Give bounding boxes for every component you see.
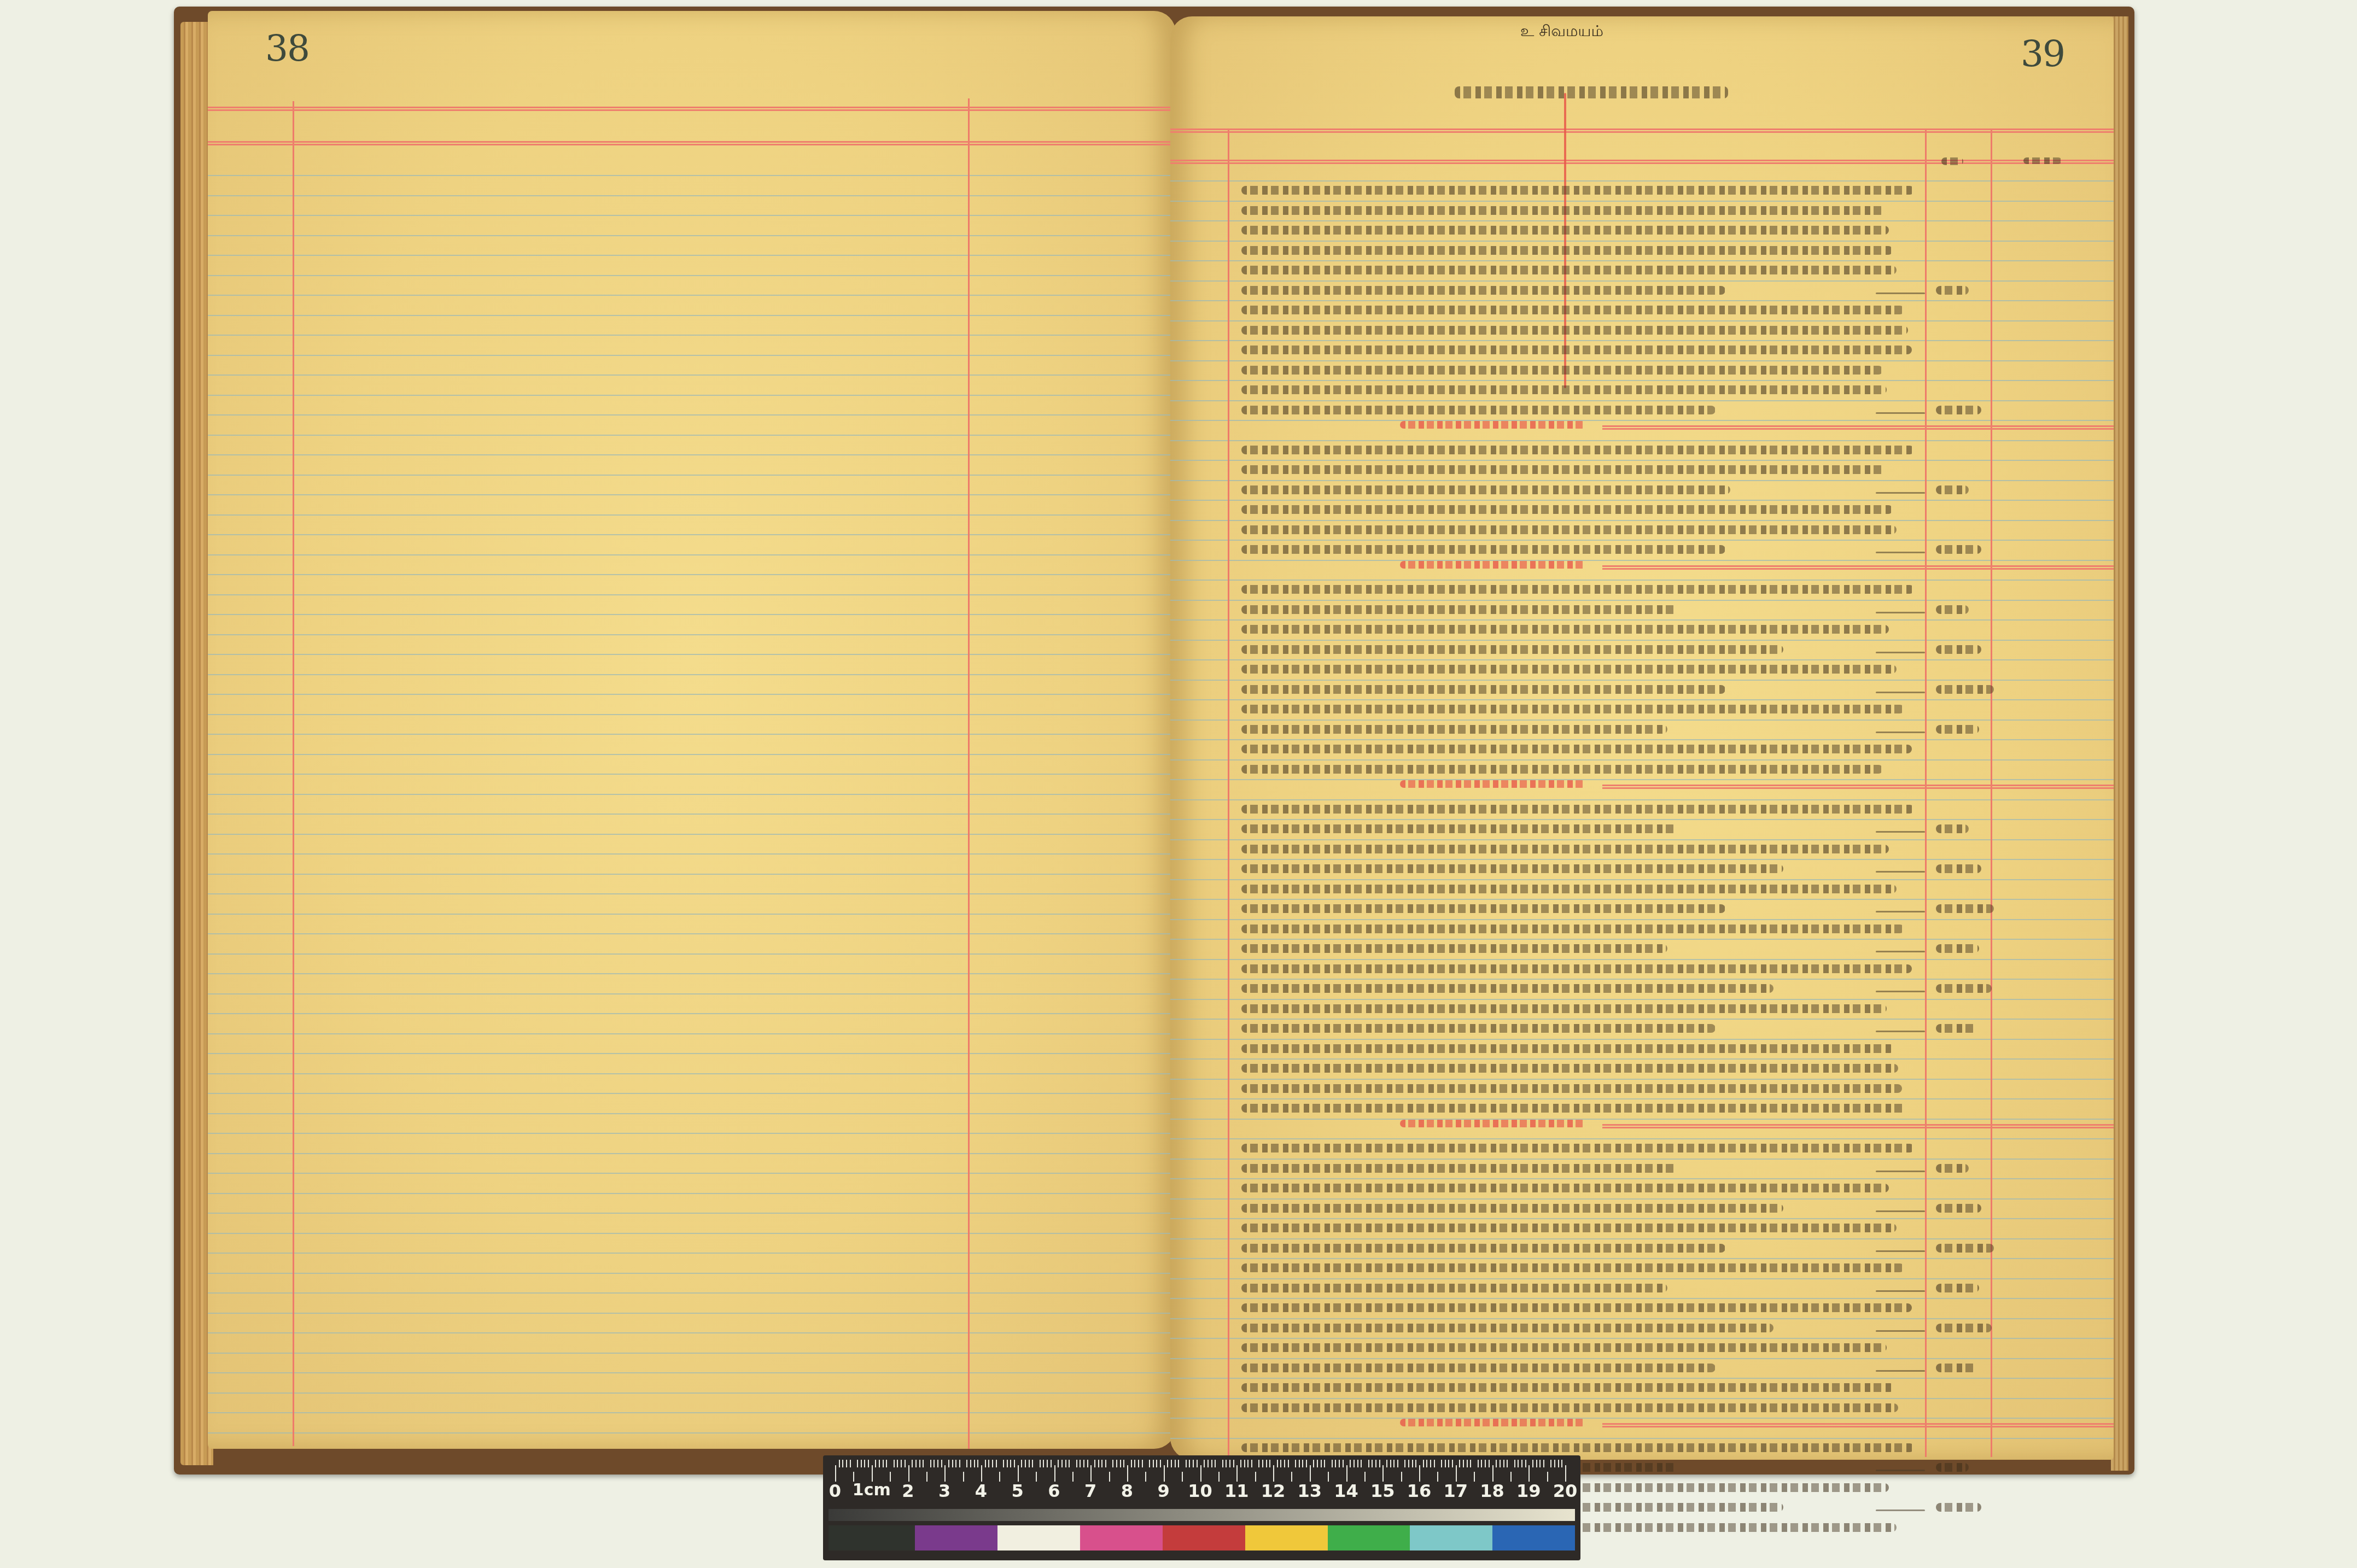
- ruled-line: [208, 215, 1176, 216]
- ruler-tick: [1510, 1472, 1512, 1482]
- ruler-tick: [1353, 1460, 1355, 1467]
- color-checker: [829, 1525, 1575, 1551]
- handwritten-entry-line: [1241, 845, 1889, 853]
- ruler-tick: [1415, 1460, 1416, 1467]
- ruled-line: [208, 834, 1176, 835]
- ruled-line: [208, 754, 1176, 755]
- handwritten-entry-line: [1241, 1324, 1773, 1332]
- ruled-line: [1170, 899, 2114, 900]
- ruler-tick: [1489, 1460, 1490, 1467]
- ruler-tick: [1222, 1460, 1223, 1467]
- ruled-line: [1170, 1258, 2114, 1259]
- entry-dash: [1876, 871, 1925, 873]
- ruled-line: [208, 414, 1176, 416]
- ruled-line: [208, 1033, 1176, 1034]
- red-ink-stroke: [1564, 93, 1566, 388]
- ruled-line: [1170, 420, 2114, 421]
- ruler-tick: [1503, 1460, 1504, 1467]
- entry-amount: [1936, 1503, 1981, 1512]
- handwritten-entry-line: [1241, 226, 1889, 235]
- handwritten-entry-line: [1241, 266, 1897, 274]
- ruler-label: 5: [1012, 1481, 1024, 1501]
- ruler-tick: [1408, 1460, 1409, 1467]
- ruled-line: [208, 993, 1176, 994]
- ruled-line: [208, 614, 1176, 615]
- ruled-line: [208, 335, 1176, 336]
- handwritten-entry-line: [1241, 186, 1914, 195]
- ruler-tick: [1550, 1460, 1551, 1467]
- ruler-tick: [905, 1460, 906, 1467]
- ruler-tick: [1496, 1460, 1497, 1467]
- ruler-tick: [1343, 1460, 1344, 1467]
- ruled-line: [208, 494, 1176, 495]
- ruler-tick: [1167, 1460, 1168, 1467]
- ruler-tick: [1412, 1460, 1413, 1467]
- ruler-tick: [1474, 1472, 1475, 1482]
- ruled-line: [1170, 1218, 2114, 1219]
- handwritten-entry-line: [1241, 1164, 1677, 1173]
- entry-dash: [1876, 1250, 1925, 1252]
- entry-dash: [1876, 831, 1925, 833]
- ruler-tick: [941, 1460, 942, 1467]
- ruled-line: [1170, 939, 2114, 940]
- ruler-tick: [1094, 1460, 1095, 1467]
- handwritten-entry-line: [1241, 1364, 1716, 1372]
- handwritten-entry-line: [1241, 725, 1667, 734]
- column-line: [968, 98, 970, 1449]
- ruled-line: [1170, 1338, 2114, 1339]
- ruler-tick: [1299, 1460, 1300, 1467]
- ruler-tick: [1266, 1460, 1267, 1467]
- ruled-line: [1170, 659, 2114, 660]
- entry-dash: [1876, 1210, 1925, 1212]
- entry-dash: [1876, 552, 1925, 553]
- ruled-line: [1170, 380, 2114, 381]
- ruler-tick: [930, 1460, 931, 1467]
- ruler-tick: [1123, 1460, 1124, 1467]
- ruled-line: [1170, 280, 2114, 282]
- ruled-line: [208, 395, 1176, 396]
- handwritten-entry-line: [1241, 885, 1897, 893]
- entry-amount: [1936, 1204, 1981, 1213]
- entry-amount: [1936, 406, 1981, 414]
- entry-dash: [1876, 1370, 1925, 1372]
- ruler-tick: [1456, 1465, 1457, 1482]
- ruler-label: 8: [1121, 1481, 1133, 1501]
- ruled-line: [1170, 320, 2114, 321]
- ruled-line: [1170, 680, 2114, 681]
- ruler-tick: [1313, 1460, 1314, 1467]
- handwritten-entry-line: [1241, 1443, 1914, 1452]
- ruled-line: [208, 295, 1176, 296]
- amount-column-line-1: [1925, 128, 1927, 1457]
- ruler-tick: [1200, 1465, 1201, 1482]
- ruler-tick: [842, 1460, 843, 1467]
- ruler-tick: [1401, 1472, 1402, 1482]
- ruler-tick: [1379, 1460, 1380, 1467]
- handwritten-entry-line: [1241, 286, 1725, 295]
- ruled-line: [1170, 699, 2114, 700]
- entry-amount: [1936, 944, 1979, 953]
- ruler-tick: [868, 1460, 869, 1467]
- section-title: [1400, 421, 1586, 429]
- ruler-tick: [1372, 1460, 1373, 1467]
- amount-column-line-2: [1991, 128, 1992, 1457]
- ruler-tick: [1269, 1460, 1270, 1467]
- ruler-tick: [1302, 1460, 1303, 1467]
- scale-bar: 01cm234567891011121314151617181920: [823, 1455, 1580, 1560]
- ruled-line: [1170, 779, 2114, 780]
- ruled-line: [1170, 1298, 2114, 1299]
- ruler-tick: [1273, 1465, 1274, 1482]
- ruler-tick: [864, 1460, 865, 1467]
- ruled-line: [208, 534, 1176, 535]
- ruler-tick: [1335, 1460, 1336, 1467]
- ruler-tick: [861, 1460, 862, 1467]
- ruled-line: [208, 1353, 1176, 1354]
- ruler-tick: [988, 1460, 989, 1467]
- handwritten-entry-line: [1241, 1224, 1897, 1232]
- ruler-label: 2: [902, 1481, 914, 1501]
- ruler-tick: [1554, 1460, 1555, 1467]
- entry-amount: [1936, 984, 1992, 993]
- ruled-line: [1170, 640, 2114, 641]
- ruled-line: [208, 893, 1176, 894]
- ruler-label: 4: [975, 1481, 987, 1501]
- handwritten-entry-line: [1241, 1024, 1716, 1033]
- entry-dash: [1876, 911, 1925, 912]
- ruler-tick: [1532, 1460, 1533, 1467]
- ruled-line: [208, 235, 1176, 236]
- ruler-tick: [1328, 1472, 1329, 1482]
- handwritten-entry-line: [1241, 206, 1885, 215]
- ruler-tick: [1452, 1460, 1453, 1467]
- ruler-tick: [1105, 1460, 1106, 1467]
- ruled-line: [208, 375, 1176, 376]
- ruler-tick: [1478, 1460, 1479, 1467]
- ruled-line: [208, 1292, 1176, 1294]
- ruler-tick: [1492, 1465, 1493, 1482]
- ruler-tick: [908, 1465, 909, 1482]
- ruler-tick: [1036, 1472, 1037, 1482]
- ruled-line: [208, 794, 1176, 795]
- handwritten-entry-line: [1241, 964, 1912, 973]
- ruler-tick: [1284, 1460, 1285, 1467]
- ruler-tick: [996, 1460, 997, 1467]
- column-header-1: [1941, 157, 1963, 165]
- entry-amount: [1936, 1324, 1992, 1332]
- handwritten-entry-line: [1241, 1303, 1912, 1312]
- ruled-line: [1170, 1138, 2114, 1139]
- ruled-line: [1170, 1039, 2114, 1040]
- ruler-tick: [985, 1460, 986, 1467]
- ruler-label: 9: [1158, 1481, 1170, 1501]
- header-double-rule-bottom: [208, 141, 1176, 145]
- ruled-line: [208, 1013, 1176, 1014]
- handwritten-entry-line: [1241, 1184, 1889, 1192]
- handwritten-entry-line: [1241, 1064, 1898, 1073]
- handwritten-entry-line: [1241, 1383, 1894, 1392]
- ruled-line: [1170, 300, 2114, 301]
- handwritten-entry-line: [1241, 645, 1783, 654]
- ruler-tick: [1131, 1460, 1132, 1467]
- ruler-tick: [1521, 1460, 1522, 1467]
- handwritten-entry-line: [1241, 585, 1914, 594]
- ruled-line: [1170, 1019, 2114, 1020]
- ruled-line: [208, 1113, 1176, 1114]
- entry-dash: [1876, 1290, 1925, 1292]
- ruler-tick: [1120, 1460, 1121, 1467]
- ruler-tick: [1423, 1460, 1424, 1467]
- ruled-line: [208, 1173, 1176, 1174]
- section-divider: [1602, 1423, 2114, 1427]
- ruler-label: 11: [1224, 1481, 1249, 1501]
- color-patch-cyan: [1410, 1525, 1492, 1551]
- section-title: [1400, 1120, 1586, 1127]
- ruled-line: [208, 874, 1176, 875]
- ruler-tick: [1054, 1465, 1055, 1482]
- ruler-tick: [1539, 1460, 1541, 1467]
- ruler-tick: [872, 1465, 873, 1482]
- ruled-line: [208, 275, 1176, 276]
- section-divider: [1602, 425, 2114, 430]
- ruler-tick: [1448, 1460, 1449, 1467]
- entry-amount: [1936, 824, 1969, 833]
- ruler-tick: [1514, 1460, 1515, 1467]
- ruled-line: [1170, 959, 2114, 960]
- ruler-label: 12: [1261, 1481, 1286, 1501]
- handwritten-entry-line: [1241, 545, 1725, 554]
- ruled-line: [208, 814, 1176, 815]
- ruled-line: [208, 694, 1176, 695]
- ruled-line: [208, 175, 1176, 176]
- ruler-label: 0: [829, 1481, 841, 1501]
- entry-dash: [1876, 292, 1925, 294]
- ruled-line: [1170, 540, 2114, 541]
- ruler-tick: [1368, 1460, 1369, 1467]
- ruler-tick: [1171, 1460, 1172, 1467]
- ruled-line: [1170, 739, 2114, 740]
- ruler-tick: [1138, 1460, 1139, 1467]
- ruled-line: [208, 1233, 1176, 1234]
- entry-amount: [1936, 1284, 1979, 1292]
- section-title: [1400, 780, 1586, 788]
- section-divider: [1602, 565, 2114, 570]
- ruled-line: [208, 1193, 1176, 1194]
- ruled-line: [1170, 460, 2114, 461]
- ruler-tick: [1251, 1460, 1252, 1467]
- ruled-line: [208, 554, 1176, 555]
- ruler-label: 3: [938, 1481, 950, 1501]
- handwritten-entry-line: [1241, 1044, 1894, 1053]
- ruler-tick: [1145, 1472, 1146, 1482]
- ruler-tick: [835, 1465, 836, 1482]
- ruled-line: [1170, 619, 2114, 621]
- ruler-tick: [1065, 1460, 1066, 1467]
- entry-dash: [1876, 612, 1925, 613]
- handwritten-entry-line: [1241, 765, 1883, 774]
- ruler-label: 16: [1407, 1481, 1432, 1501]
- ruled-line: [1170, 520, 2114, 521]
- ruled-line: [208, 1133, 1176, 1134]
- ruler-label: 6: [1048, 1481, 1060, 1501]
- ruler-tick: [1262, 1460, 1263, 1467]
- ruler-tick: [1211, 1460, 1212, 1467]
- ruler-tick: [966, 1460, 967, 1467]
- ruler-tick: [1087, 1460, 1088, 1467]
- handwritten-entry-line: [1241, 1084, 1902, 1093]
- ruler-label: 20: [1553, 1481, 1578, 1501]
- ruler-tick: [1193, 1460, 1194, 1467]
- entry-amount: [1936, 485, 1969, 494]
- entry-dash: [1876, 1330, 1925, 1332]
- ruler-tick: [1153, 1460, 1154, 1467]
- ruled-line: [1170, 879, 2114, 880]
- entry-amount: [1936, 1164, 1969, 1173]
- entry-amount: [1936, 286, 1969, 295]
- ruler-label: 10: [1188, 1481, 1212, 1501]
- handwritten-entry-line: [1241, 346, 1912, 354]
- margin-line-left: [1228, 128, 1229, 1457]
- header-double-rule-bottom: [1170, 160, 2114, 164]
- header-double-rule-top: [208, 107, 1176, 111]
- ruled-line: [208, 315, 1176, 316]
- ruler-tick: [1018, 1465, 1019, 1482]
- ruler-tick: [1182, 1472, 1183, 1482]
- ruler-tick: [1051, 1460, 1052, 1467]
- entry-dash: [1876, 1510, 1925, 1511]
- section-title: [1400, 561, 1586, 569]
- handwritten-entry-line: [1241, 944, 1667, 953]
- ruler-tick: [1160, 1460, 1161, 1467]
- ruler-tick: [1467, 1460, 1468, 1467]
- entry-dash: [1876, 652, 1925, 653]
- ruler-tick: [1204, 1460, 1205, 1467]
- ruler-tick: [1175, 1460, 1176, 1467]
- ruled-line: [208, 435, 1176, 436]
- ruler-tick: [970, 1460, 971, 1467]
- ruler-tick: [901, 1460, 902, 1467]
- ruler-tick: [883, 1460, 884, 1467]
- handwritten-entry-line: [1241, 1343, 1887, 1352]
- ruled-line: [208, 594, 1176, 595]
- ruler-tick: [1445, 1460, 1446, 1467]
- ruler-tick: [1014, 1460, 1015, 1467]
- ruler-tick: [1142, 1460, 1143, 1467]
- entry-amount: [1936, 645, 1981, 654]
- ruler-tick: [1339, 1460, 1340, 1467]
- ruler-tick: [1500, 1460, 1501, 1467]
- handwritten-entry-line: [1241, 1403, 1898, 1412]
- ruler-tick: [1375, 1460, 1376, 1467]
- ruler-tick: [1295, 1460, 1296, 1467]
- ruled-line: [1170, 480, 2114, 481]
- grayscale-strip: [829, 1509, 1575, 1521]
- ruled-line: [1170, 1418, 2114, 1419]
- ruler-tick: [1364, 1472, 1366, 1482]
- ruler-tick: [1043, 1460, 1044, 1467]
- ruler-ticks: 01cm234567891011121314151617181920: [829, 1460, 1575, 1498]
- ruler-tick: [1186, 1460, 1187, 1467]
- entry-dash: [1876, 692, 1925, 693]
- ruled-line: [208, 1412, 1176, 1413]
- ruler-tick: [1229, 1460, 1230, 1467]
- page-number-38: 38: [265, 27, 309, 69]
- ruled-line: [208, 914, 1176, 915]
- ruler-tick: [1244, 1460, 1245, 1467]
- ruler-tick: [1076, 1460, 1077, 1467]
- ruled-line: [208, 973, 1176, 974]
- ruler-tick: [1332, 1460, 1333, 1467]
- handwritten-entry-line: [1241, 1144, 1914, 1152]
- entry-dash: [1876, 732, 1925, 733]
- ruler-tick: [1459, 1460, 1460, 1467]
- ruled-line: [1170, 839, 2114, 840]
- ruler-tick: [1240, 1460, 1241, 1467]
- handwritten-entry-line: [1241, 446, 1914, 454]
- ruled-line: [208, 355, 1176, 356]
- ruler-tick: [1346, 1465, 1347, 1482]
- ruled-line: [208, 734, 1176, 735]
- ruled-line: [1170, 600, 2114, 601]
- ruler-tick: [1547, 1472, 1548, 1482]
- ruler-tick: [1291, 1472, 1292, 1482]
- ruler-tick: [926, 1472, 927, 1482]
- ruler-tick: [894, 1460, 895, 1467]
- color-patch-white: [997, 1525, 1080, 1551]
- handwritten-entry-line: [1241, 1244, 1725, 1253]
- handwritten-entry-line: [1241, 465, 1885, 474]
- ruler-tick: [1090, 1465, 1092, 1482]
- ruler-tick: [1258, 1460, 1259, 1467]
- ruler-tick: [1029, 1460, 1030, 1467]
- ruled-line: [1170, 1378, 2114, 1379]
- ruled-line: [1170, 979, 2114, 980]
- ruler-tick: [850, 1460, 851, 1467]
- ruler-tick: [1218, 1472, 1220, 1482]
- entry-amount: [1936, 1244, 1994, 1253]
- page-39: உ சிவமயம் 39: [1170, 16, 2114, 1460]
- handwritten-entry-line: [1241, 1263, 1904, 1272]
- ruled-line: [1170, 719, 2114, 721]
- ruler-label: 14: [1334, 1481, 1358, 1501]
- ruled-line: [1170, 1238, 2114, 1239]
- ruler-tick: [1543, 1460, 1544, 1467]
- ruled-line: [1170, 580, 2114, 581]
- ruler-tick: [1058, 1460, 1059, 1467]
- ruler-tick: [952, 1460, 953, 1467]
- ruler-tick: [1397, 1460, 1398, 1467]
- ruler-tick: [1236, 1465, 1238, 1482]
- ruler-tick: [1310, 1465, 1311, 1482]
- color-patch-purple: [915, 1525, 997, 1551]
- ruler-tick: [1047, 1460, 1048, 1467]
- entry-dash: [1876, 412, 1925, 414]
- page-number-39: 39: [2021, 33, 2064, 75]
- handwritten-entry-line: [1241, 505, 1893, 514]
- ruler-tick: [897, 1460, 898, 1467]
- handwritten-entry-line: [1241, 625, 1889, 634]
- ruled-line: [208, 475, 1176, 476]
- ruler-tick: [977, 1460, 978, 1467]
- ruler-tick: [1357, 1460, 1358, 1467]
- ruled-line: [1170, 400, 2114, 401]
- ruler-tick: [1149, 1460, 1150, 1467]
- entry-amount: [1936, 685, 1994, 694]
- ruler-tick: [1007, 1460, 1008, 1467]
- column-header-2: [2023, 157, 2062, 164]
- ruler-tick: [886, 1460, 887, 1467]
